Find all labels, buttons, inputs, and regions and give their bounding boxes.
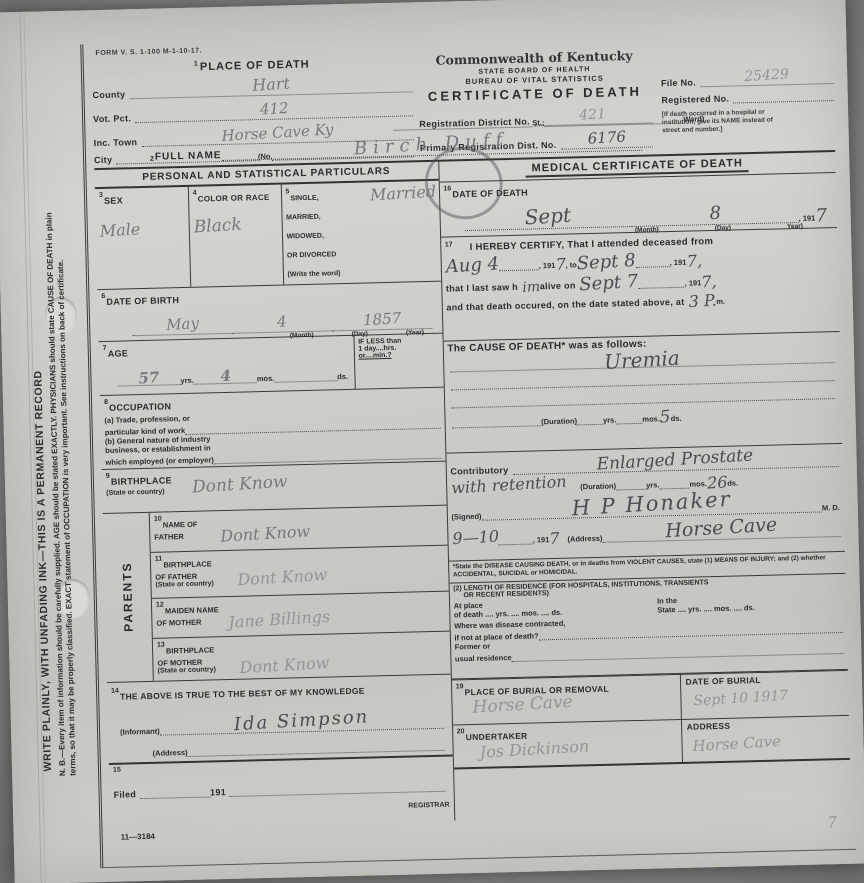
- undertaker-cell: 20UNDERTAKER Jos Dickinson: [453, 719, 684, 767]
- dotted-leader: [577, 412, 603, 425]
- physician-signature-handwriting: H P Honaker: [571, 489, 732, 519]
- dotted-leader: [498, 532, 532, 545]
- birthplace-handwriting: Dont Know: [192, 473, 288, 496]
- item-number: 2: [150, 155, 154, 162]
- attended-to-handwriting: Sept 8: [576, 252, 636, 273]
- filed-block: 15 Filed 191 REGISTRAR: [109, 754, 454, 828]
- mother-birthplace-handwriting: Dont Know: [239, 655, 330, 676]
- dod-year-handwriting: 7: [815, 207, 828, 226]
- informant-label: (Informant): [120, 726, 160, 736]
- certificate-of-death-title: CERTIFICATE OF DEATH: [419, 83, 652, 104]
- father-name-handwriting: Dont Know: [220, 523, 311, 544]
- father-birthplace-handwriting: Dont Know: [237, 567, 328, 588]
- undertaker-address-handwriting: Horse Cave: [693, 734, 782, 754]
- contributory-handwriting-2: with retention: [450, 473, 566, 496]
- city-label: City: [94, 154, 112, 164]
- dotted-leader: [140, 785, 210, 799]
- registered-no-label: Registered No.: [661, 94, 729, 106]
- if-less-than-cell: IF LESS than 1 day....hrs. or....min.?: [353, 333, 443, 388]
- time-of-death-handwriting: 3 P.: [688, 292, 717, 310]
- vot-pct-entry: 412: [135, 97, 413, 123]
- certificate-form: FORM V. S. 1-100 M-1-10-17. 1PLACE OF DE…: [80, 26, 856, 868]
- file-no-handwriting: 25429: [744, 67, 789, 84]
- item-number: 1: [194, 61, 199, 68]
- mother-name-handwriting: Jane Billings: [228, 608, 331, 630]
- informant-address-label: (Address): [153, 748, 188, 758]
- dotted-leader: [636, 255, 670, 268]
- race-handwriting: Black: [193, 216, 242, 236]
- race-label: COLOR OR RACE: [198, 193, 270, 204]
- place-of-death-title: 1PLACE OF DEATH: [92, 55, 412, 75]
- cause-duration-handwriting: 5: [659, 409, 671, 427]
- file-no-entry: 25429: [700, 65, 834, 87]
- undertaker-address-label: ADDRESS: [686, 717, 845, 731]
- attest-label: THE ABOVE IS TRUE TO THE BEST OF MY KNOW…: [120, 685, 365, 701]
- dob-label: DATE OF BIRTH: [106, 295, 179, 307]
- undertaker-handwriting: Jos Dickinson: [479, 738, 589, 760]
- age-label: AGE: [108, 348, 129, 358]
- medical-column: MEDICAL CERTIFICATE OF DEATH 16DATE OF D…: [439, 152, 851, 820]
- dotted-leader: [638, 275, 684, 288]
- contributory-handwriting-1: Enlarged Prostate: [597, 447, 754, 473]
- marital-handwriting: Married: [370, 183, 437, 203]
- dob-year-handwriting: 1857: [362, 311, 401, 328]
- mother-birthplace-row: 13BIRTHPLACE OF MOTHER (State or country…: [153, 631, 451, 680]
- registered-no-row: Registered No.: [661, 89, 834, 105]
- him-handwriting: im: [522, 280, 541, 295]
- sex-label: SEX: [104, 195, 123, 205]
- dotted-leader: [451, 414, 541, 428]
- ward-label: Ward): [683, 114, 704, 124]
- dob-month-handwriting: May: [165, 316, 199, 333]
- county-handwriting: Hart: [251, 75, 289, 93]
- dotted-leader: [616, 411, 642, 424]
- sex-handwriting: Male: [99, 221, 140, 239]
- attended-from-handwriting: Aug 4: [445, 255, 499, 276]
- county-field-row: County Hart: [92, 73, 412, 100]
- form-code: 11—3184: [121, 831, 156, 847]
- parents-block: PARENTS 10NAME OF FATHER Dont Know 11BIR…: [103, 505, 451, 682]
- filed-label: Filed: [113, 789, 136, 800]
- scan-backdrop: WRITE PLAINLY, WITH UNFADING INK—THIS IS…: [0, 0, 864, 883]
- file-no-row: File No. 25429: [661, 65, 834, 88]
- dod-month-handwriting: Sept: [524, 204, 571, 227]
- race-cell: 4COLOR OR RACE Black: [188, 184, 283, 286]
- age-months-handwriting: 4: [220, 368, 231, 384]
- date-of-burial-label: DATE OF BURIAL: [685, 672, 844, 686]
- sex-cell: 3SEX Male: [95, 187, 190, 289]
- date-of-burial-cell: DATE OF BURIAL Sept 10 1917: [681, 670, 849, 718]
- registrar-label: REGISTRAR: [408, 801, 449, 809]
- informant-block: 14THE ABOVE IS TRUE TO THE BEST OF MY KN…: [107, 674, 452, 762]
- cause-of-death-block: The CAUSE OF DEATH* was as follows: Urem…: [443, 332, 842, 454]
- age-years-handwriting: 57: [138, 370, 160, 386]
- vot-pct-handwriting: 412: [259, 101, 288, 118]
- place-of-burial-handwriting: Horse Cave: [472, 693, 573, 716]
- contributory-label: Contributory: [450, 465, 508, 476]
- vot-pct-label: Vot. Pct.: [93, 113, 131, 124]
- physician-address-label: (Address): [567, 533, 602, 543]
- reg-district-handwriting: 421: [579, 107, 607, 123]
- undertaker-address-cell: ADDRESS Horse Cave: [682, 715, 849, 761]
- informant-handwriting: Ida Simpson: [233, 708, 369, 734]
- contributory-block: Contributory Enlarged Prostate with rete…: [446, 444, 845, 562]
- dotted-leader: [733, 89, 834, 103]
- file-registered-block: File No. 25429 Registered No. [If death …: [650, 43, 835, 156]
- father-birthplace-row: 11BIRTHPLACE OF FATHER (State or country…: [151, 545, 449, 598]
- parents-vertical-label: PARENTS: [103, 512, 154, 681]
- birthplace-label: BIRTHPLACE: [111, 475, 172, 486]
- last-saw-handwriting: Sept 7: [579, 273, 639, 294]
- date-of-burial-handwriting: Sept 10 1917: [694, 688, 789, 708]
- occupation-label: OCCUPATION: [109, 401, 171, 413]
- dod-day-handwriting: 8: [709, 204, 722, 223]
- certify-block: 17I HEREBY CERTIFY, That I attended dece…: [441, 228, 840, 342]
- dotted-leader: [187, 738, 444, 756]
- file-no-label: File No.: [661, 77, 696, 88]
- cause-handwriting: Uremia: [604, 347, 681, 371]
- certificate-paper: WRITE PLAINLY, WITH UNFADING INK—THIS IS…: [0, 0, 864, 883]
- two-column-body: PERSONAL AND STATISTICAL PARTICULARS 3SE…: [94, 150, 851, 829]
- dob-row: 6DATE OF BIRTH May 4 1857 (Month) (Day) …: [97, 281, 442, 341]
- county-label: County: [92, 89, 125, 100]
- full-name-label: FULL NAME: [155, 150, 222, 163]
- occupation-row: 8OCCUPATION (a) Trade, profession, or pa…: [100, 387, 445, 469]
- dotted-leader: [659, 476, 689, 489]
- inc-town-label: Inc. Town: [94, 137, 138, 148]
- personal-column: PERSONAL AND STATISTICAL PARTICULARS 3SE…: [94, 161, 455, 828]
- residence-block: (2) LENGTH OF RESIDENCE (FOR HOSPITALS, …: [449, 573, 848, 679]
- corner-mark-handwriting: 7: [828, 815, 838, 831]
- county-entry: Hart: [129, 73, 413, 99]
- reg-district-entry: 421: [533, 104, 652, 126]
- sex-race-marital-row: 3SEX Male 4COLOR OR RACE Black 5SINGLE, …: [95, 180, 441, 289]
- place-of-burial-cell: 19PLACE OF BURIAL OR REMOVAL Horse Cave: [451, 674, 682, 724]
- marital-cell: 5SINGLE, MARRIED, WIDOWED, OR DIVORCED (…: [280, 180, 440, 284]
- physician-address-handwriting: Horse Cave: [665, 515, 778, 541]
- signature-date-handwriting: 9—10: [452, 528, 499, 547]
- dotted-leader: [499, 258, 539, 271]
- dob-day-handwriting: 4: [277, 314, 287, 330]
- dotted-leader: [616, 477, 646, 490]
- vot-pct-field-row: Vot. Pct. 412: [93, 97, 413, 124]
- signed-label: (Signed): [451, 511, 481, 521]
- age-row: 7AGE 57 yrs. 4 mos. ds. IF LESS t: [99, 333, 444, 395]
- undertaker-row: 20UNDERTAKER Jos Dickinson ADDRESS Horse…: [453, 715, 850, 769]
